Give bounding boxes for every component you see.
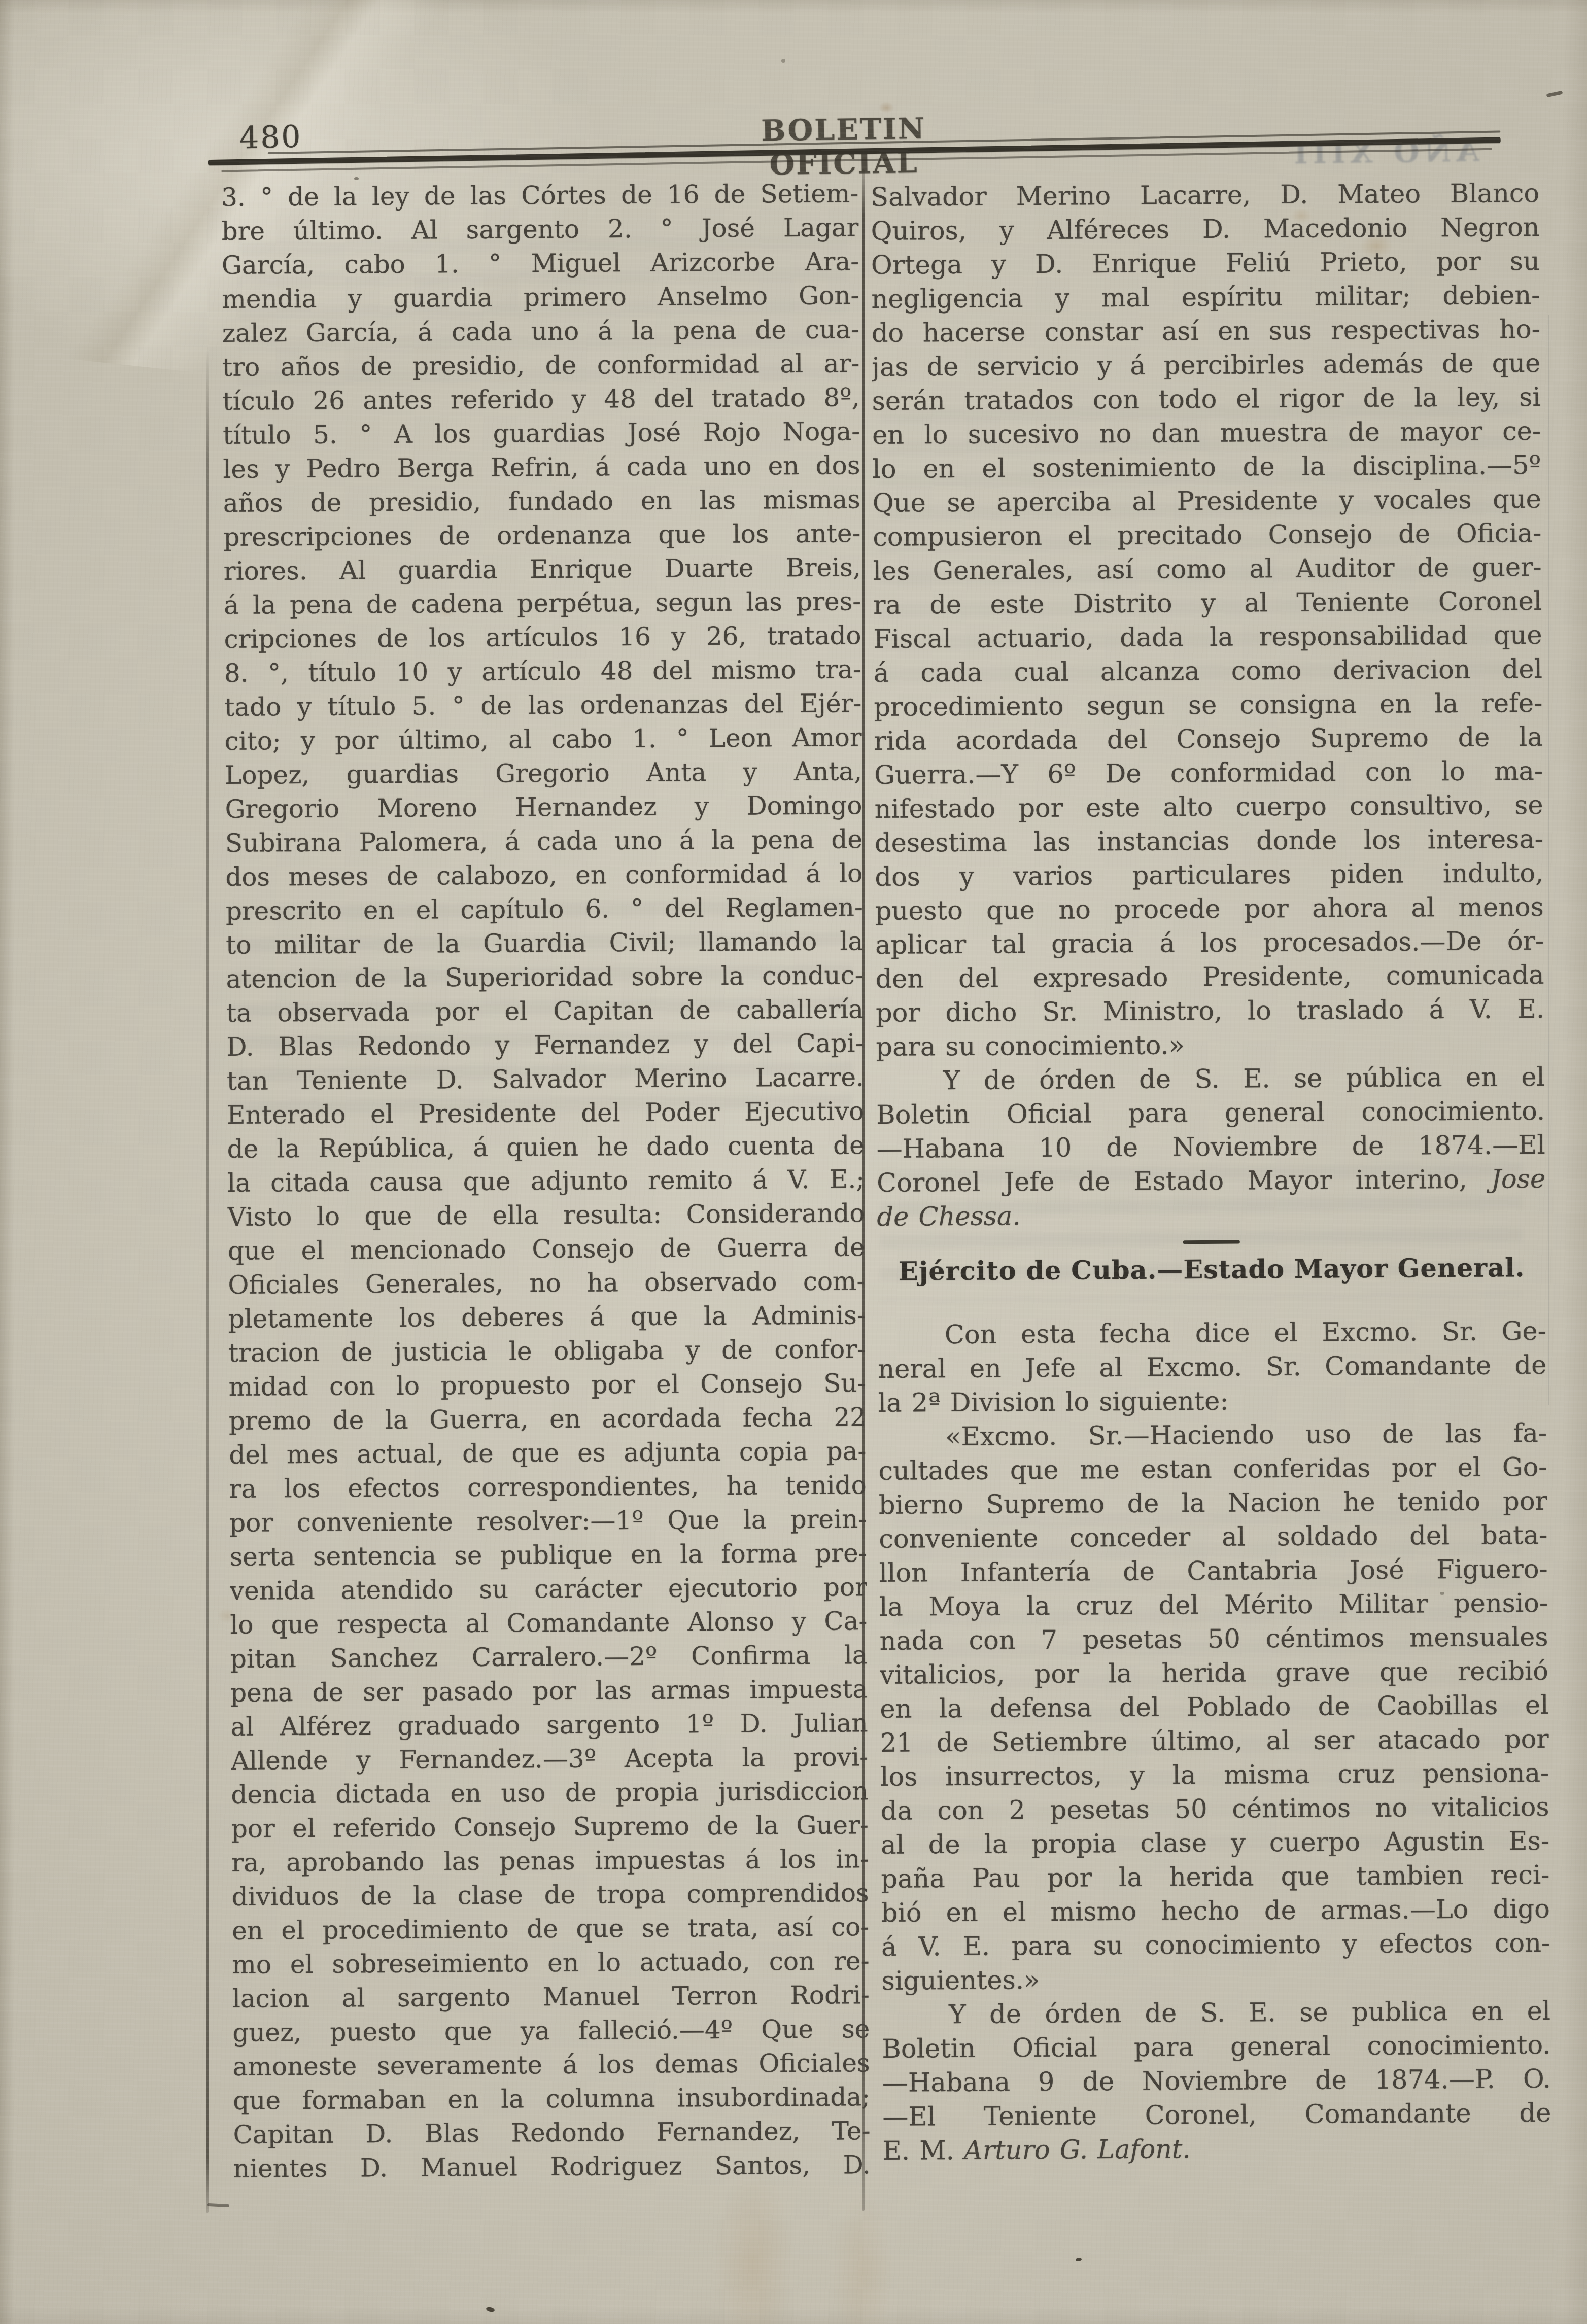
text-line: llon Infantería de Cantabria José Figuer… <box>879 1552 1548 1590</box>
text-line: ra los efectos correspondientes, ha teni… <box>229 1468 867 1506</box>
text-line: Boletin Oficial para general conocimient… <box>882 2028 1550 2066</box>
text-line: tracion de justicia le obligaba y de con… <box>228 1332 866 1370</box>
text-line: Visto lo que de ella resulta: Consideran… <box>227 1196 865 1234</box>
text-line: tado y título 5. ° de las ordenanzas del… <box>224 686 861 724</box>
text-line: Que se aperciba al Presidente y vocales … <box>873 482 1541 521</box>
text-line: tro años de presidio, de conformidad al … <box>222 346 859 385</box>
text-line: cultades que me estan conferidas por el … <box>878 1450 1547 1488</box>
text-line: bierno Supremo de la Nacion he tenido po… <box>879 1484 1547 1522</box>
text-line: dos y varios particulares piden indulto, <box>875 856 1543 894</box>
text-line: negligencia y mal espíritu militar; debi… <box>871 279 1540 317</box>
text-line: riores. Al guardia Enrique Duarte Breis, <box>224 550 861 588</box>
text-line: Enterado el Presidente del Poder Ejecuti… <box>227 1094 864 1132</box>
text-line: en lo sucesivo no dan muestra de mayor c… <box>872 414 1541 453</box>
text-line: lacion al sargento Manuel Terron Rodri- <box>232 1978 870 2016</box>
text-line: de Chessa. <box>877 1196 1545 1234</box>
text-line: neral en Jefe al Excmo. Sr. Comandante d… <box>878 1348 1546 1386</box>
left-column: 3. ° de la ley de las Córtes de 16 de Se… <box>221 177 871 2186</box>
scanned-newspaper-page: 480 BOLETIN OFICIAL AÑO XIII 3. ° de la … <box>0 0 1587 2324</box>
text-line: siguientes.» <box>881 1960 1550 1998</box>
left-border-hook <box>207 2203 229 2207</box>
text-line: por dicho Sr. Ministro, lo traslado á V.… <box>876 992 1544 1030</box>
text-segment: E. M. <box>883 2136 964 2166</box>
text-line: por el referido Consejo Supremo de la Gu… <box>231 1808 869 1846</box>
text-line: Guerra.—Y 6º De conformidad con lo ma- <box>874 754 1543 792</box>
text-line: ta observada por el Capitan de caballerí… <box>226 992 864 1030</box>
text-line: premo de la Guerra, en acordada fecha 22 <box>229 1400 866 1438</box>
text-line: midad con lo propuesto por el Consejo Su… <box>228 1366 866 1404</box>
text-line: del mes actual, de que es adjunta copia … <box>229 1434 866 1472</box>
text-line: aplicar tal gracia á los procesados.—De … <box>875 924 1544 962</box>
text-line: Oficiales Generales, no ha observado com… <box>228 1264 865 1302</box>
text-line: cito; y por último, al cabo 1. ° Leon Am… <box>225 720 862 758</box>
text-line: jas de servicio y á percibirles además d… <box>872 346 1540 385</box>
text-line: en el procedimiento de que se trata, así… <box>232 1910 869 1948</box>
text-line: Subirana Palomera, á cada uno á la pena … <box>225 822 862 860</box>
text-line: Lopez, guardias Gregorio Anta y Anta, <box>225 754 862 792</box>
text-line: dos meses de calabozo, en conformidad á … <box>225 856 862 894</box>
ink-speck <box>354 177 359 180</box>
text-line: García, cabo 1. ° Miguel Arizcorbe Ara- <box>222 245 859 283</box>
text-line: do hacerse constar así en sus respectiva… <box>872 313 1540 351</box>
text-line: bió en el mismo hecho de armas.—Lo digo <box>881 1892 1550 1930</box>
text-line: procedimiento segun se consigna en la re… <box>874 686 1542 724</box>
ink-speck <box>1076 2257 1082 2262</box>
text-line: mendia y guardia primero Anselmo Gon- <box>222 279 859 317</box>
text-line: dencia dictada en uso de propia jurisdic… <box>231 1774 868 1812</box>
text-line: conveniente conceder al soldado del bata… <box>879 1518 1547 1556</box>
text-line: —Habana 9 de Noviembre de 1874.—P. O. <box>882 2062 1551 2100</box>
text-line: título 5. ° A los guardias José Rojo Nog… <box>223 414 860 453</box>
right-margin-ghost-line <box>1548 315 1549 1405</box>
text-line: amoneste severamente á los demas Oficial… <box>233 2046 870 2084</box>
text-line: nientes D. Manuel Rodriguez Santos, D. <box>233 2148 871 2186</box>
text-line: pletamente los deberes á que la Adminis- <box>228 1298 866 1336</box>
ink-speck <box>1440 1592 1444 1595</box>
text-line: venida atendido su carácter ejecutorio p… <box>230 1570 867 1608</box>
text-line: Y de órden de S. E. se pública en el <box>876 1060 1545 1098</box>
text-line: to militar de la Guardia Civil; llamando… <box>226 924 863 962</box>
text-line: pena de ser pasado por las armas impuest… <box>230 1672 868 1710</box>
text-line: Con esta fecha dice el Excmo. Sr. Ge- <box>878 1314 1546 1352</box>
text-line: la citada causa que adjunto remito á V. … <box>227 1162 865 1200</box>
text-line: Ortega y D. Enrique Feliú Prieto, por su <box>871 245 1540 283</box>
text-line: bre último. Al sargento 2. ° José Lagar <box>221 211 858 249</box>
ink-speck <box>781 59 785 63</box>
text-line: vitalicios, por la herida grave que reci… <box>880 1654 1548 1692</box>
text-line: —El Teniente Coronel, Comandante de <box>882 2096 1551 2134</box>
text-line: á V. E. para su conocimiento y efectos c… <box>881 1926 1550 1964</box>
text-line: Capitan D. Blas Redondo Fernandez, Te- <box>233 2114 870 2152</box>
page-number: 480 <box>239 119 302 156</box>
left-border-line <box>206 350 209 2213</box>
text-line: 8. °, título 10 y artículo 48 del mismo … <box>224 652 861 690</box>
section-heading: Ejército de Cuba.—Estado Mayor General. <box>877 1252 1546 1290</box>
text-line: prescripciones de ordenanza que los ante… <box>223 516 860 554</box>
text-line: Salvador Merino Lacarre, D. Mateo Blanco <box>871 177 1539 215</box>
ink-speck <box>1546 91 1563 98</box>
text-line: rida acordada del Consejo Supremo de la <box>874 720 1543 758</box>
text-line: les Generales, así como al Auditor de gu… <box>873 550 1542 588</box>
text-line: compusieron el precitado Consejo de Ofic… <box>873 516 1541 554</box>
text-line: den del expresado Presidente, comunicada <box>875 958 1544 996</box>
text-line: pitan Sanchez Carralero.—2º Confirma la <box>230 1638 868 1676</box>
text-line: de la República, á quien he dado cuenta … <box>227 1128 864 1166</box>
section-divider-dash <box>1183 1240 1240 1244</box>
text-line: en la defensa del Poblado de Caobillas e… <box>880 1688 1548 1726</box>
text-line: á cada cual alcanza como derivacion del <box>874 652 1542 690</box>
text-line: tan Teniente D. Salvador Merino Lacarre. <box>227 1060 864 1098</box>
text-line: que el mencionado Consejo de Guerra de <box>228 1230 865 1268</box>
right-column: Salvador Merino Lacarre, D. Mateo Blanco… <box>871 177 1551 2168</box>
text-line: serán tratados con todo el rigor de la l… <box>872 380 1540 419</box>
text-line: puesto que no procede por ahora al menos <box>875 890 1544 928</box>
text-line: desestima las instancias donde los inter… <box>875 822 1543 860</box>
text-line: la 2ª Division lo siguiente: <box>878 1382 1547 1420</box>
signature-name: Jose <box>1491 1164 1545 1195</box>
text-line: nifestado por este alto cuerpo consultiv… <box>874 788 1543 826</box>
text-line: al Alférez graduado sargento 1º D. Julia… <box>230 1706 868 1744</box>
text-line: Gregorio Moreno Hernandez y Domingo <box>225 788 862 826</box>
signature-name: Arturo G. Lafont. <box>964 2134 1191 2166</box>
text-line: da con 2 pesetas 50 céntimos no vitalici… <box>880 1790 1549 1828</box>
text-line: lo que respecta al Comandante Alonso y C… <box>230 1604 867 1642</box>
text-line: Fiscal actuario, dada la responsabilidad… <box>873 618 1542 656</box>
text-line: mo el sobreseimiento en lo actuado, con … <box>232 1944 869 1982</box>
text-line: nada con 7 pesetas 50 céntimos mensuales <box>879 1620 1548 1658</box>
text-line: los insurrectos, y la misma cruz pension… <box>880 1756 1549 1794</box>
text-line: á la pena de cadena perpétua, segun las … <box>224 584 861 622</box>
text-line: al de la propia clase y cuerpo Agustin E… <box>881 1824 1549 1862</box>
text-line: —Habana 10 de Noviembre de 1874.—El <box>876 1128 1545 1166</box>
text-line: guez, puesto que ya falleció.—4º Que se <box>232 2012 870 2050</box>
text-line: Y de órden de S. E. se publica en el <box>882 1994 1550 2032</box>
text-line: prescrito en el capítulo 6. ° del Reglam… <box>226 890 863 928</box>
text-line: serta sentencia se publique en la forma … <box>229 1536 867 1574</box>
text-line: Boletin Oficial para general conocimient… <box>876 1094 1545 1132</box>
text-line: paña Pau por la herida que tambien reci- <box>881 1858 1549 1896</box>
text-line: 3. ° de la ley de las Córtes de 16 de Se… <box>221 177 858 215</box>
text-line: atencion de la Superioridad sobre la con… <box>226 958 863 996</box>
text-line: años de presidio, fundado en las mismas <box>223 482 860 521</box>
text-line: les y Pedro Berga Refrin, á cada uno en … <box>223 448 860 487</box>
text-line: Coronel Jefe de Estado Mayor interino, J… <box>877 1162 1545 1200</box>
text-line: ra de este Distrito y al Teniente Corone… <box>873 584 1542 622</box>
text-line: D. Blas Redondo y Fernandez y del Capi- <box>226 1026 864 1064</box>
text-line: tículo 26 antes referido y 48 del tratad… <box>222 380 859 419</box>
text-line: Quiros, y Alféreces D. Macedonio Negron <box>871 211 1539 249</box>
text-line: Allende y Fernandez.—3º Acepta la provi- <box>231 1740 868 1778</box>
text-line: lo en el sostenimiento de la disciplina.… <box>872 448 1541 487</box>
text-line: para su conocimiento.» <box>876 1026 1544 1064</box>
text-line: dividuos de la clase de tropa comprendid… <box>231 1876 869 1914</box>
signature-name: de Chessa. <box>877 1201 1020 1232</box>
text-line: ra, aprobando las penas impuestas á los … <box>231 1842 869 1880</box>
ink-speck <box>486 2306 495 2313</box>
text-line: que formaban en la columna insubordinada… <box>233 2080 870 2118</box>
text-segment: Coronel Jefe de Estado Mayor interino, <box>877 1165 1491 1198</box>
text-line: «Excmo. Sr.—Haciendo uso de las fa- <box>878 1416 1547 1454</box>
text-line: 21 de Setiembre último, al ser atacado p… <box>880 1722 1549 1760</box>
text-line: zalez García, á cada uno á la pena de cu… <box>222 313 859 351</box>
text-line: E. M. Arturo G. Lafont. <box>883 2130 1551 2168</box>
text-line: cripciones de los artículos 16 y 26, tra… <box>224 618 861 656</box>
text-line: la Moya la cruz del Mérito Militar pensi… <box>879 1586 1548 1624</box>
text-line: por conveniente resolver:—1º Que la prei… <box>229 1502 867 1540</box>
